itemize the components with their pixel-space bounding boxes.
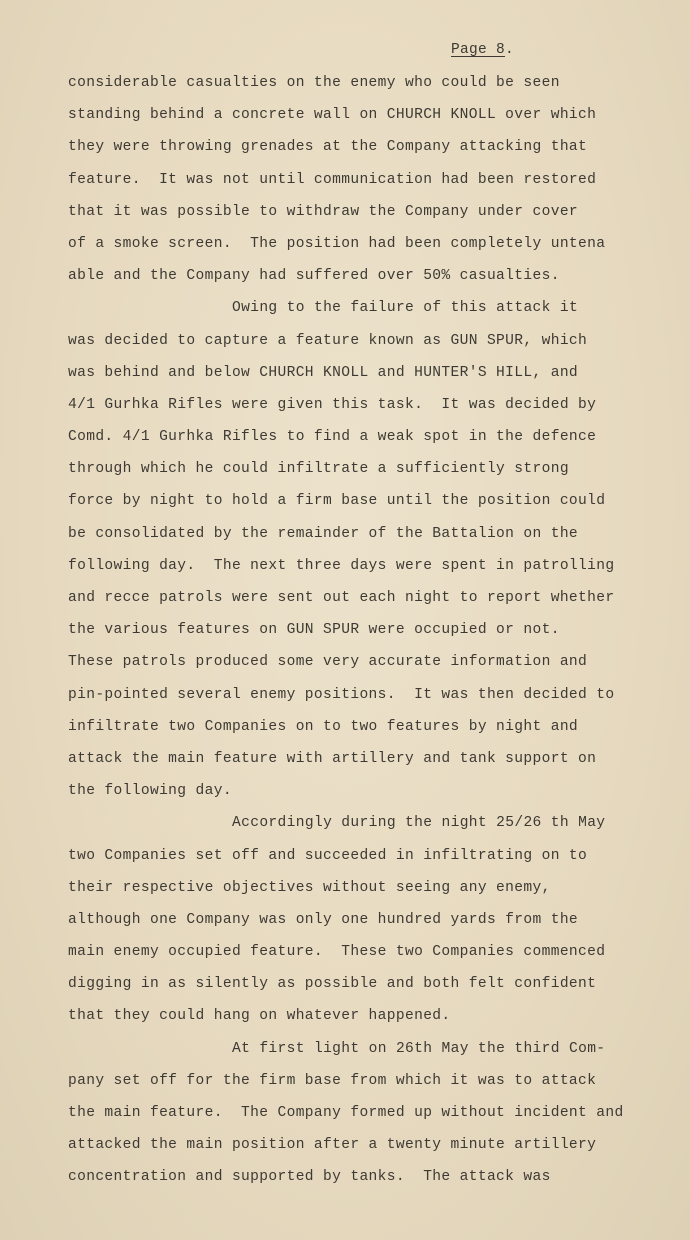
text-line: following day. The next three days were … bbox=[68, 555, 668, 587]
page-number: Page 8. bbox=[451, 42, 514, 58]
text-line: that it was possible to withdraw the Com… bbox=[68, 201, 668, 233]
text-line: force by night to hold a firm base until… bbox=[68, 490, 668, 522]
text-line: main enemy occupied feature. These two C… bbox=[68, 941, 668, 973]
text-line: Owing to the failure of this attack it bbox=[68, 297, 668, 329]
text-line: feature. It was not until communication … bbox=[68, 169, 668, 201]
page-number-suffix: . bbox=[505, 42, 514, 58]
text-line: two Companies set off and succeeded in i… bbox=[68, 845, 668, 877]
text-line: although one Company was only one hundre… bbox=[68, 909, 668, 941]
text-line: 4/1 Gurhka Rifles were given this task. … bbox=[68, 394, 668, 426]
text-line: attacked the main position after a twent… bbox=[68, 1134, 668, 1166]
text-line: At first light on 26th May the third Com… bbox=[68, 1038, 668, 1070]
text-line: attack the main feature with artillery a… bbox=[68, 748, 668, 780]
text-line: be consolidated by the remainder of the … bbox=[68, 523, 668, 555]
text-line: through which he could infiltrate a suff… bbox=[68, 458, 668, 490]
text-line: the following day. bbox=[68, 780, 668, 812]
text-line: that they could hang on whatever happene… bbox=[68, 1005, 668, 1037]
typewritten-body: considerable casualties on the enemy who… bbox=[68, 72, 668, 1199]
page-number-label: Page 8 bbox=[451, 42, 505, 58]
text-line: the various features on GUN SPUR were oc… bbox=[68, 619, 668, 651]
text-line: These patrols produced some very accurat… bbox=[68, 651, 668, 683]
text-line: Accordingly during the night 25/26 th Ma… bbox=[68, 812, 668, 844]
text-line: pany set off for the firm base from whic… bbox=[68, 1070, 668, 1102]
text-line: of a smoke screen. The position had been… bbox=[68, 233, 668, 265]
text-line: pin-pointed several enemy positions. It … bbox=[68, 684, 668, 716]
text-line: their respective objectives without seei… bbox=[68, 877, 668, 909]
text-line: and recce patrols were sent out each nig… bbox=[68, 587, 668, 619]
text-line: they were throwing grenades at the Compa… bbox=[68, 136, 668, 168]
text-line: digging in as silently as possible and b… bbox=[68, 973, 668, 1005]
text-line: was decided to capture a feature known a… bbox=[68, 330, 668, 362]
text-line: infiltrate two Companies on to two featu… bbox=[68, 716, 668, 748]
text-line: the main feature. The Company formed up … bbox=[68, 1102, 668, 1134]
text-line: Comd. 4/1 Gurhka Rifles to find a weak s… bbox=[68, 426, 668, 458]
text-line: able and the Company had suffered over 5… bbox=[68, 265, 668, 297]
text-line: concentration and supported by tanks. Th… bbox=[68, 1166, 668, 1198]
text-line: standing behind a concrete wall on CHURC… bbox=[68, 104, 668, 136]
text-line: considerable casualties on the enemy who… bbox=[68, 72, 668, 104]
text-line: was behind and below CHURCH KNOLL and HU… bbox=[68, 362, 668, 394]
